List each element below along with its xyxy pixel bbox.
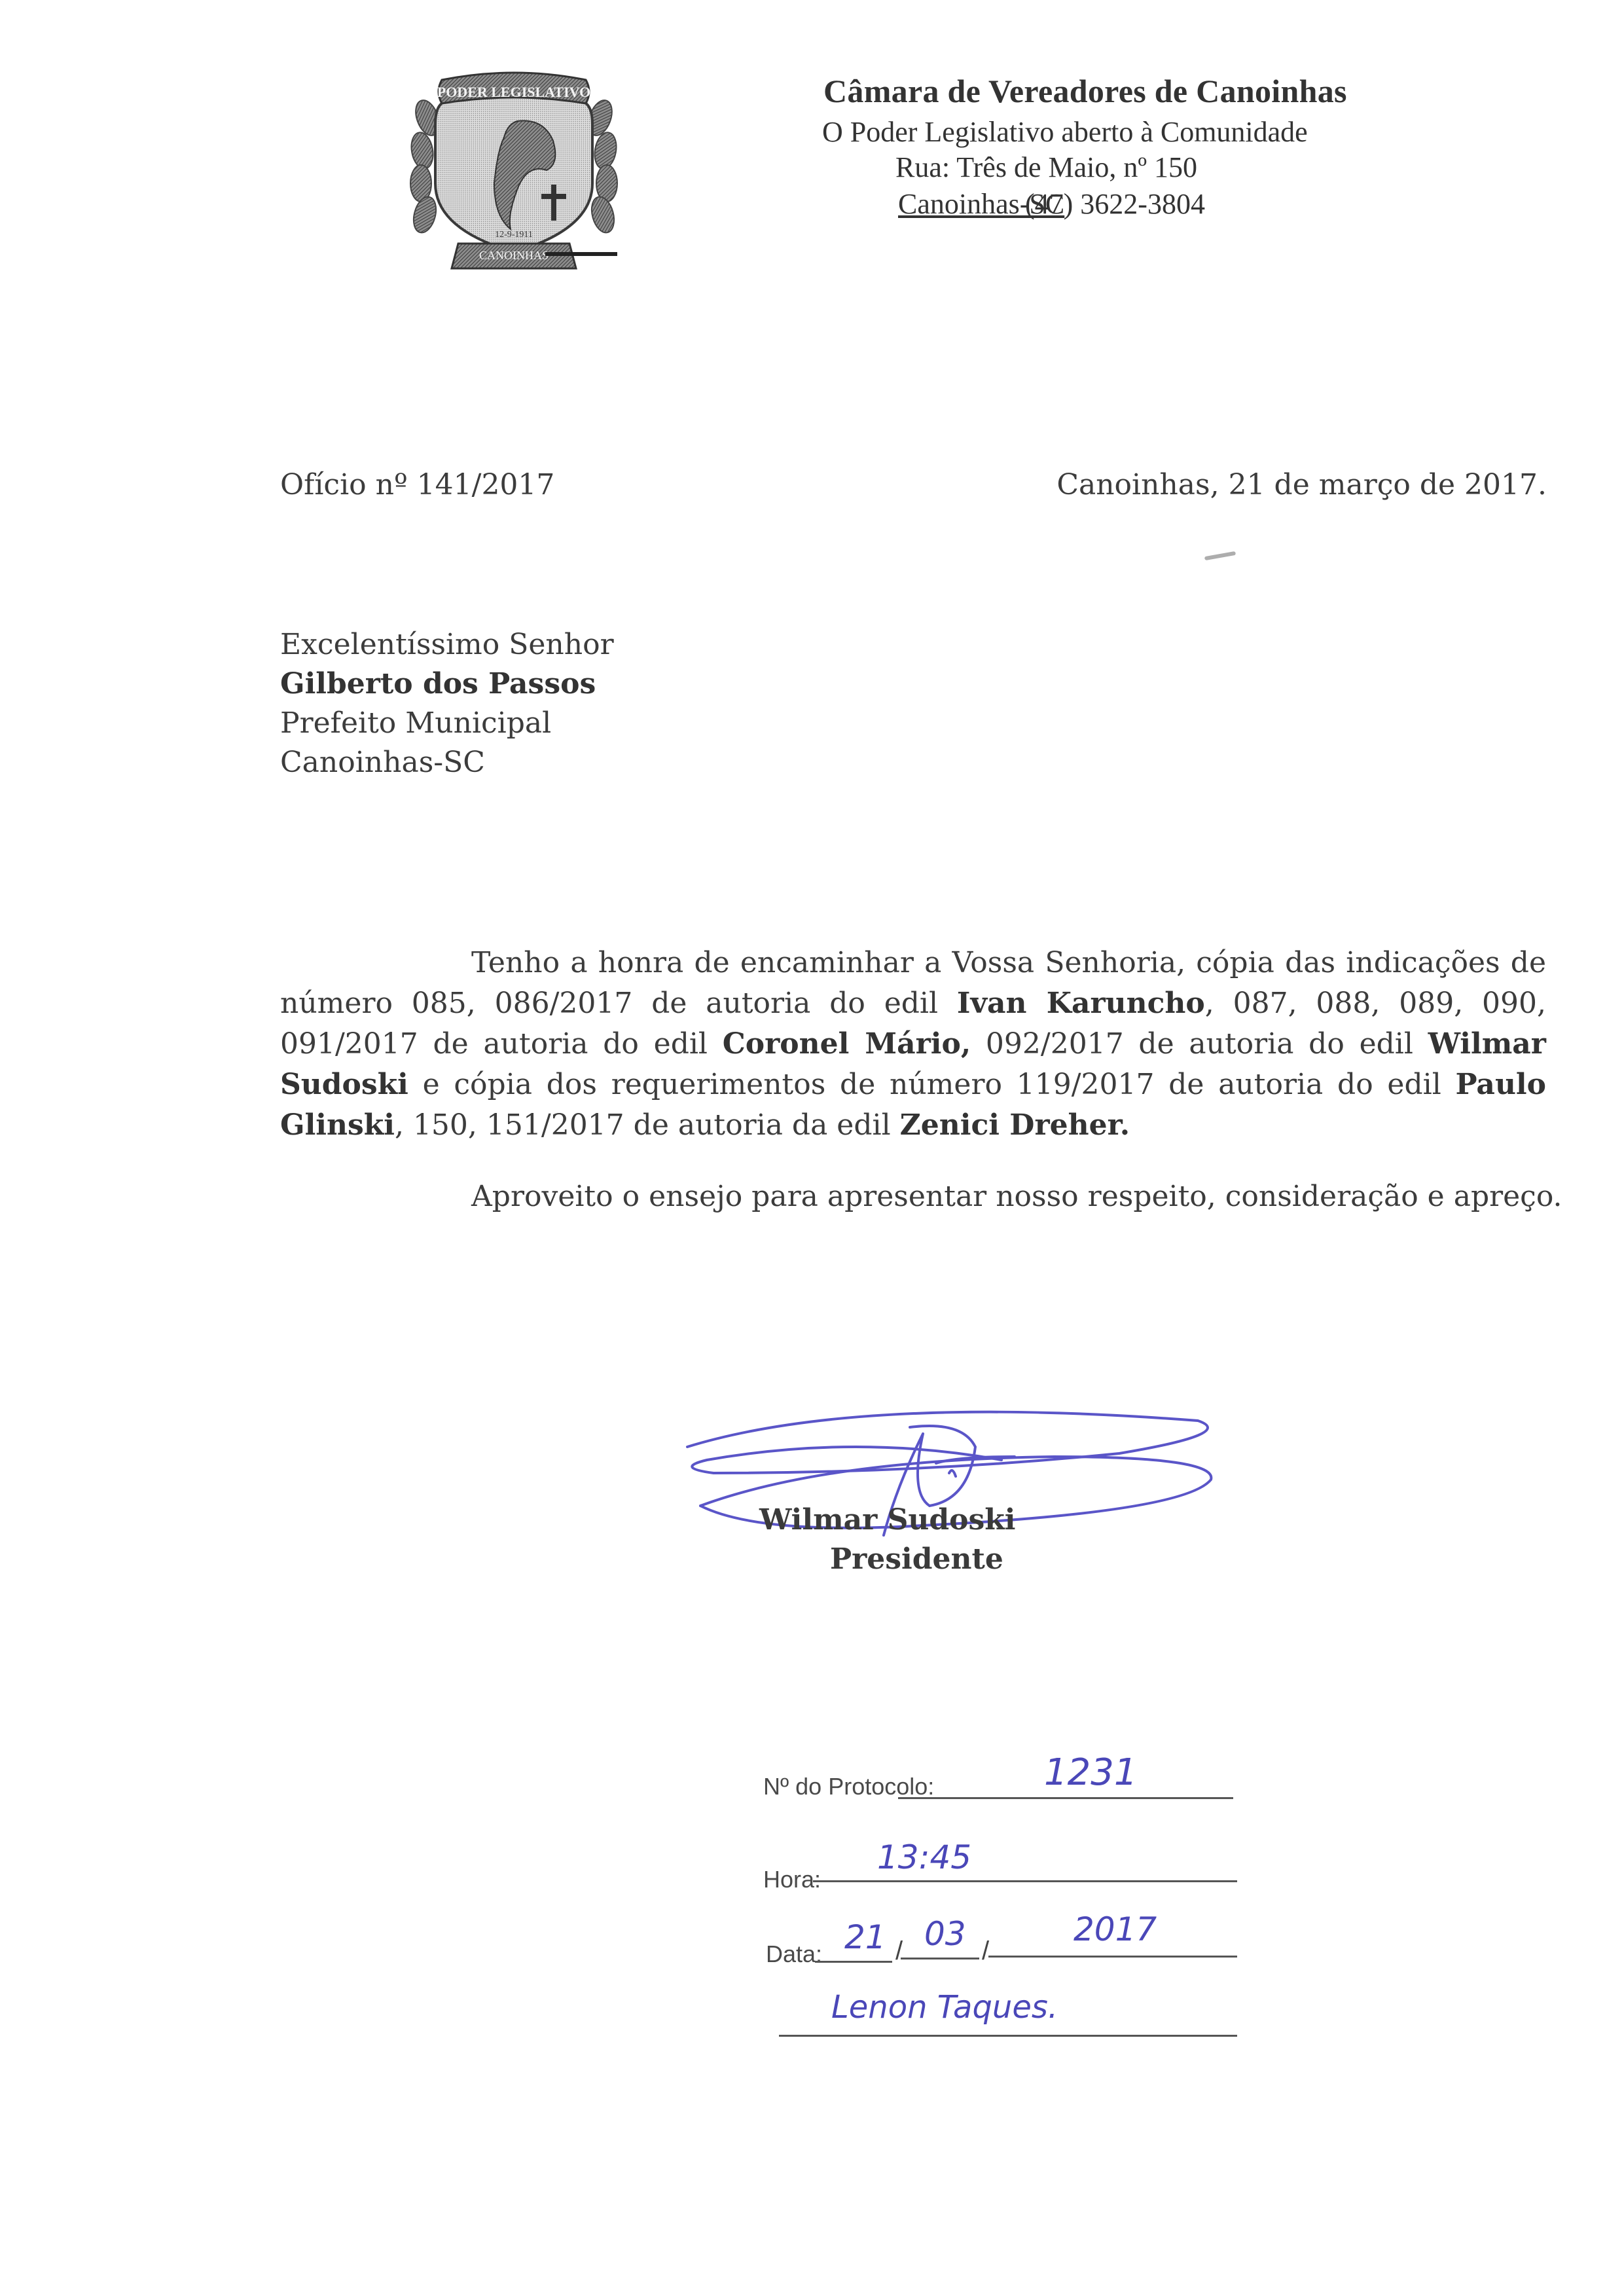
receiver-signature: Lenon Taques. xyxy=(831,1989,1058,2026)
institution-phone: (47) 3622-3804 xyxy=(1025,187,1205,221)
date-separator: / xyxy=(895,1937,903,1966)
body-paragraph-1: Tenho a honra de encaminhar a Vossa Senh… xyxy=(280,943,1546,1146)
date-month-value: 03 xyxy=(924,1915,966,1953)
author-name: Ivan Karuncho xyxy=(957,987,1205,1020)
paragraph-text: , 150, 151/2017 de autoria da edil xyxy=(395,1108,900,1142)
institution-tagline: O Poder Legislativo aberto à Comunidade xyxy=(822,115,1308,149)
institution-title: Câmara de Vereadores de Canoinhas xyxy=(823,72,1347,110)
time-value: 13:45 xyxy=(877,1838,971,1876)
paragraph-text: e cópia dos requerimentos de número 119/… xyxy=(408,1068,1456,1101)
signatory-name: Wilmar Sudoski xyxy=(759,1503,1016,1537)
addressee-name: Gilberto dos Passos xyxy=(280,665,614,704)
time-line xyxy=(813,1880,1237,1882)
date-day-value: 21 xyxy=(844,1918,886,1956)
date-day-line xyxy=(815,1961,892,1963)
date-label: Data: xyxy=(766,1941,822,1968)
date-month-line xyxy=(901,1958,979,1959)
protocol-number-value: 1231 xyxy=(1044,1751,1138,1794)
date-year-line xyxy=(988,1956,1237,1958)
institution-address: Rua: Três de Maio, nº 150 xyxy=(895,151,1197,184)
receiver-signature-line xyxy=(779,2035,1237,2037)
protocol-number-label: Nº do Protocolo: xyxy=(763,1773,934,1800)
addressee-city: Canoinhas-SC xyxy=(280,743,614,782)
svg-text:PODER LEGISLATIVO: PODER LEGISLATIVO xyxy=(437,84,590,100)
document-reference: Ofício nº 141/2017 xyxy=(280,468,554,501)
date-year-value: 2017 xyxy=(1074,1910,1157,1948)
author-name: Coronel Mário, xyxy=(723,1027,971,1061)
body-paragraph-2: Aproveito o ensejo para apresentar nosso… xyxy=(471,1180,1562,1213)
handwritten-signature-icon xyxy=(661,1394,1224,1565)
ink-mark xyxy=(1204,551,1236,560)
svg-text:CANOINHAS: CANOINHAS xyxy=(479,249,549,262)
time-label: Hora: xyxy=(763,1866,821,1893)
signatory-role: Presidente xyxy=(830,1542,1003,1576)
addressee-block: Excelentíssimo Senhor Gilberto dos Passo… xyxy=(280,625,614,782)
addressee-role: Prefeito Municipal xyxy=(280,704,614,743)
author-name: Zenici Dreher. xyxy=(900,1108,1130,1142)
municipal-crest-icon: PODER LEGISLATIVO 12-9-1911 CANOINHAS xyxy=(396,65,632,275)
svg-text:12-9-1911: 12-9-1911 xyxy=(495,230,533,240)
protocol-number-line xyxy=(898,1797,1233,1799)
place-and-date: Canoinhas, 21 de março de 2017. xyxy=(1056,468,1547,501)
paragraph-text: 092/2017 de autoria do edil xyxy=(971,1027,1428,1061)
addressee-salutation: Excelentíssimo Senhor xyxy=(280,625,614,665)
date-separator: / xyxy=(982,1937,989,1966)
